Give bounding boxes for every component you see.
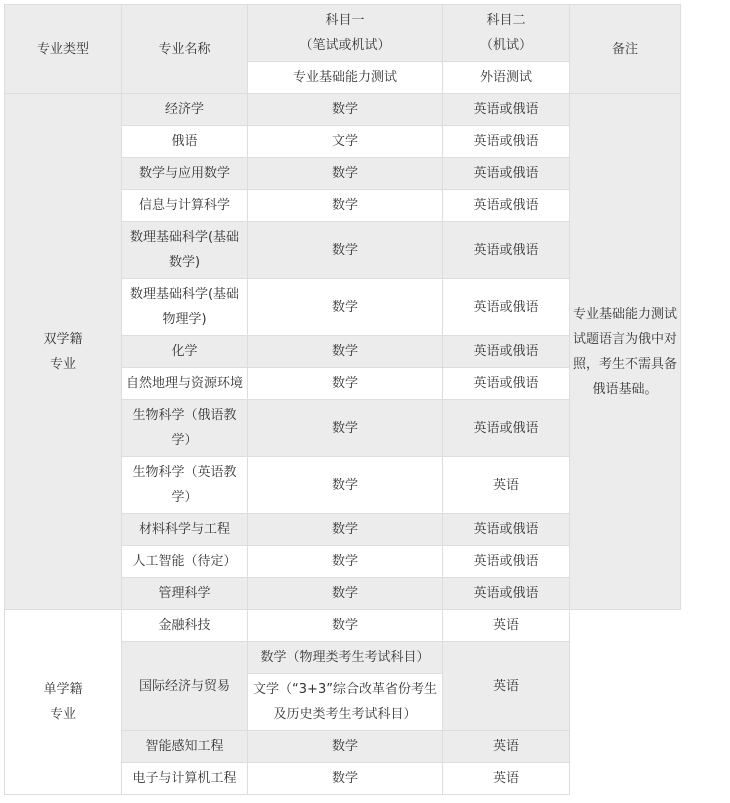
subject1: 数学 (248, 731, 443, 763)
subject2: 英语或俄语 (443, 578, 570, 610)
header-subject1-title: 科目一 (252, 8, 438, 33)
subject1: 数学 (248, 158, 443, 190)
header-subject1-mode: （笔试或机试） (252, 33, 438, 58)
subject2: 英语或俄语 (443, 514, 570, 546)
table-row: 单学籍 专业 金融科技 数学 英语 (5, 610, 681, 642)
group-type-single: 单学籍 专业 (5, 610, 122, 795)
subject1: 数学 (248, 546, 443, 578)
major-name: 生物科学（英语教学） (122, 457, 248, 514)
major-name: 人工智能（待定） (122, 546, 248, 578)
subject1: 数学 (248, 763, 443, 795)
subject2: 英语或俄语 (443, 94, 570, 126)
subject2: 英语或俄语 (443, 336, 570, 368)
subject2: 英语 (443, 457, 570, 514)
major-name: 数学与应用数学 (122, 158, 248, 190)
header-subject2-sub: 外语测试 (443, 62, 570, 94)
subject1-history: 文学（“3+3”综合改革省份考生及历史类考生考试科目） (248, 674, 443, 731)
subject1: 文学 (248, 126, 443, 158)
major-name: 管理科学 (122, 578, 248, 610)
major-name: 电子与计算机工程 (122, 763, 248, 795)
subject2: 英语 (443, 642, 570, 731)
major-name: 自然地理与资源环境 (122, 368, 248, 400)
subject2: 英语或俄语 (443, 546, 570, 578)
header-subject1-sub: 专业基础能力测试 (248, 62, 443, 94)
major-name: 化学 (122, 336, 248, 368)
header-row: 专业类型 专业名称 科目一 （笔试或机试） 科目二 （机试） 备注 (5, 5, 681, 62)
header-subject1: 科目一 （笔试或机试） (248, 5, 443, 62)
admission-subjects-table: 专业类型 专业名称 科目一 （笔试或机试） 科目二 （机试） 备注 专业基础能力… (4, 4, 681, 795)
header-subject2-title: 科目二 (447, 8, 565, 33)
major-name: 国际经济与贸易 (122, 642, 248, 731)
header-major-type: 专业类型 (5, 5, 122, 94)
subject1: 数学 (248, 368, 443, 400)
subject2: 英语 (443, 763, 570, 795)
subject1-physics: 数学（物理类考生考试科目） (248, 642, 443, 674)
header-subject2: 科目二 （机试） (443, 5, 570, 62)
group-type-line1: 单学籍 (9, 677, 117, 702)
subject2: 英语或俄语 (443, 368, 570, 400)
group-type-line2: 专业 (9, 352, 117, 377)
subject2: 英语或俄语 (443, 222, 570, 279)
major-name: 智能感知工程 (122, 731, 248, 763)
header-subject2-mode: （机试） (447, 33, 565, 58)
subject1: 数学 (248, 578, 443, 610)
table-row: 双学籍 专业 经济学 数学 英语或俄语 专业基础能力测试试题语言为俄中对照，考生… (5, 94, 681, 126)
major-name: 材料科学与工程 (122, 514, 248, 546)
subject2: 英语 (443, 731, 570, 763)
subject2: 英语或俄语 (443, 126, 570, 158)
group-type-line2: 专业 (9, 702, 117, 727)
subject1: 数学 (248, 222, 443, 279)
subject1: 数学 (248, 610, 443, 642)
major-name: 俄语 (122, 126, 248, 158)
subject2: 英语或俄语 (443, 158, 570, 190)
subject2: 英语 (443, 610, 570, 642)
subject2: 英语或俄语 (443, 190, 570, 222)
subject1: 数学 (248, 336, 443, 368)
header-major-name: 专业名称 (122, 5, 248, 94)
admission-subjects-table-container: 专业类型 专业名称 科目一 （笔试或机试） 科目二 （机试） 备注 专业基础能力… (4, 4, 681, 795)
major-name: 数理基础科学(基础物理学) (122, 279, 248, 336)
subject1: 数学 (248, 279, 443, 336)
major-name: 信息与计算科学 (122, 190, 248, 222)
major-name: 金融科技 (122, 610, 248, 642)
major-name: 生物科学（俄语教学） (122, 400, 248, 457)
group-type-double: 双学籍 专业 (5, 94, 122, 610)
group-remark: 专业基础能力测试试题语言为俄中对照，考生不需具备俄语基础。 (570, 94, 681, 610)
subject2: 英语或俄语 (443, 279, 570, 336)
subject2: 英语或俄语 (443, 400, 570, 457)
subject1: 数学 (248, 190, 443, 222)
group-type-line1: 双学籍 (9, 327, 117, 352)
subject1: 数学 (248, 94, 443, 126)
subject1: 数学 (248, 400, 443, 457)
major-name: 数理基础科学(基础数学) (122, 222, 248, 279)
subject1: 数学 (248, 457, 443, 514)
subject1: 数学 (248, 514, 443, 546)
header-remark: 备注 (570, 5, 681, 94)
major-name: 经济学 (122, 94, 248, 126)
